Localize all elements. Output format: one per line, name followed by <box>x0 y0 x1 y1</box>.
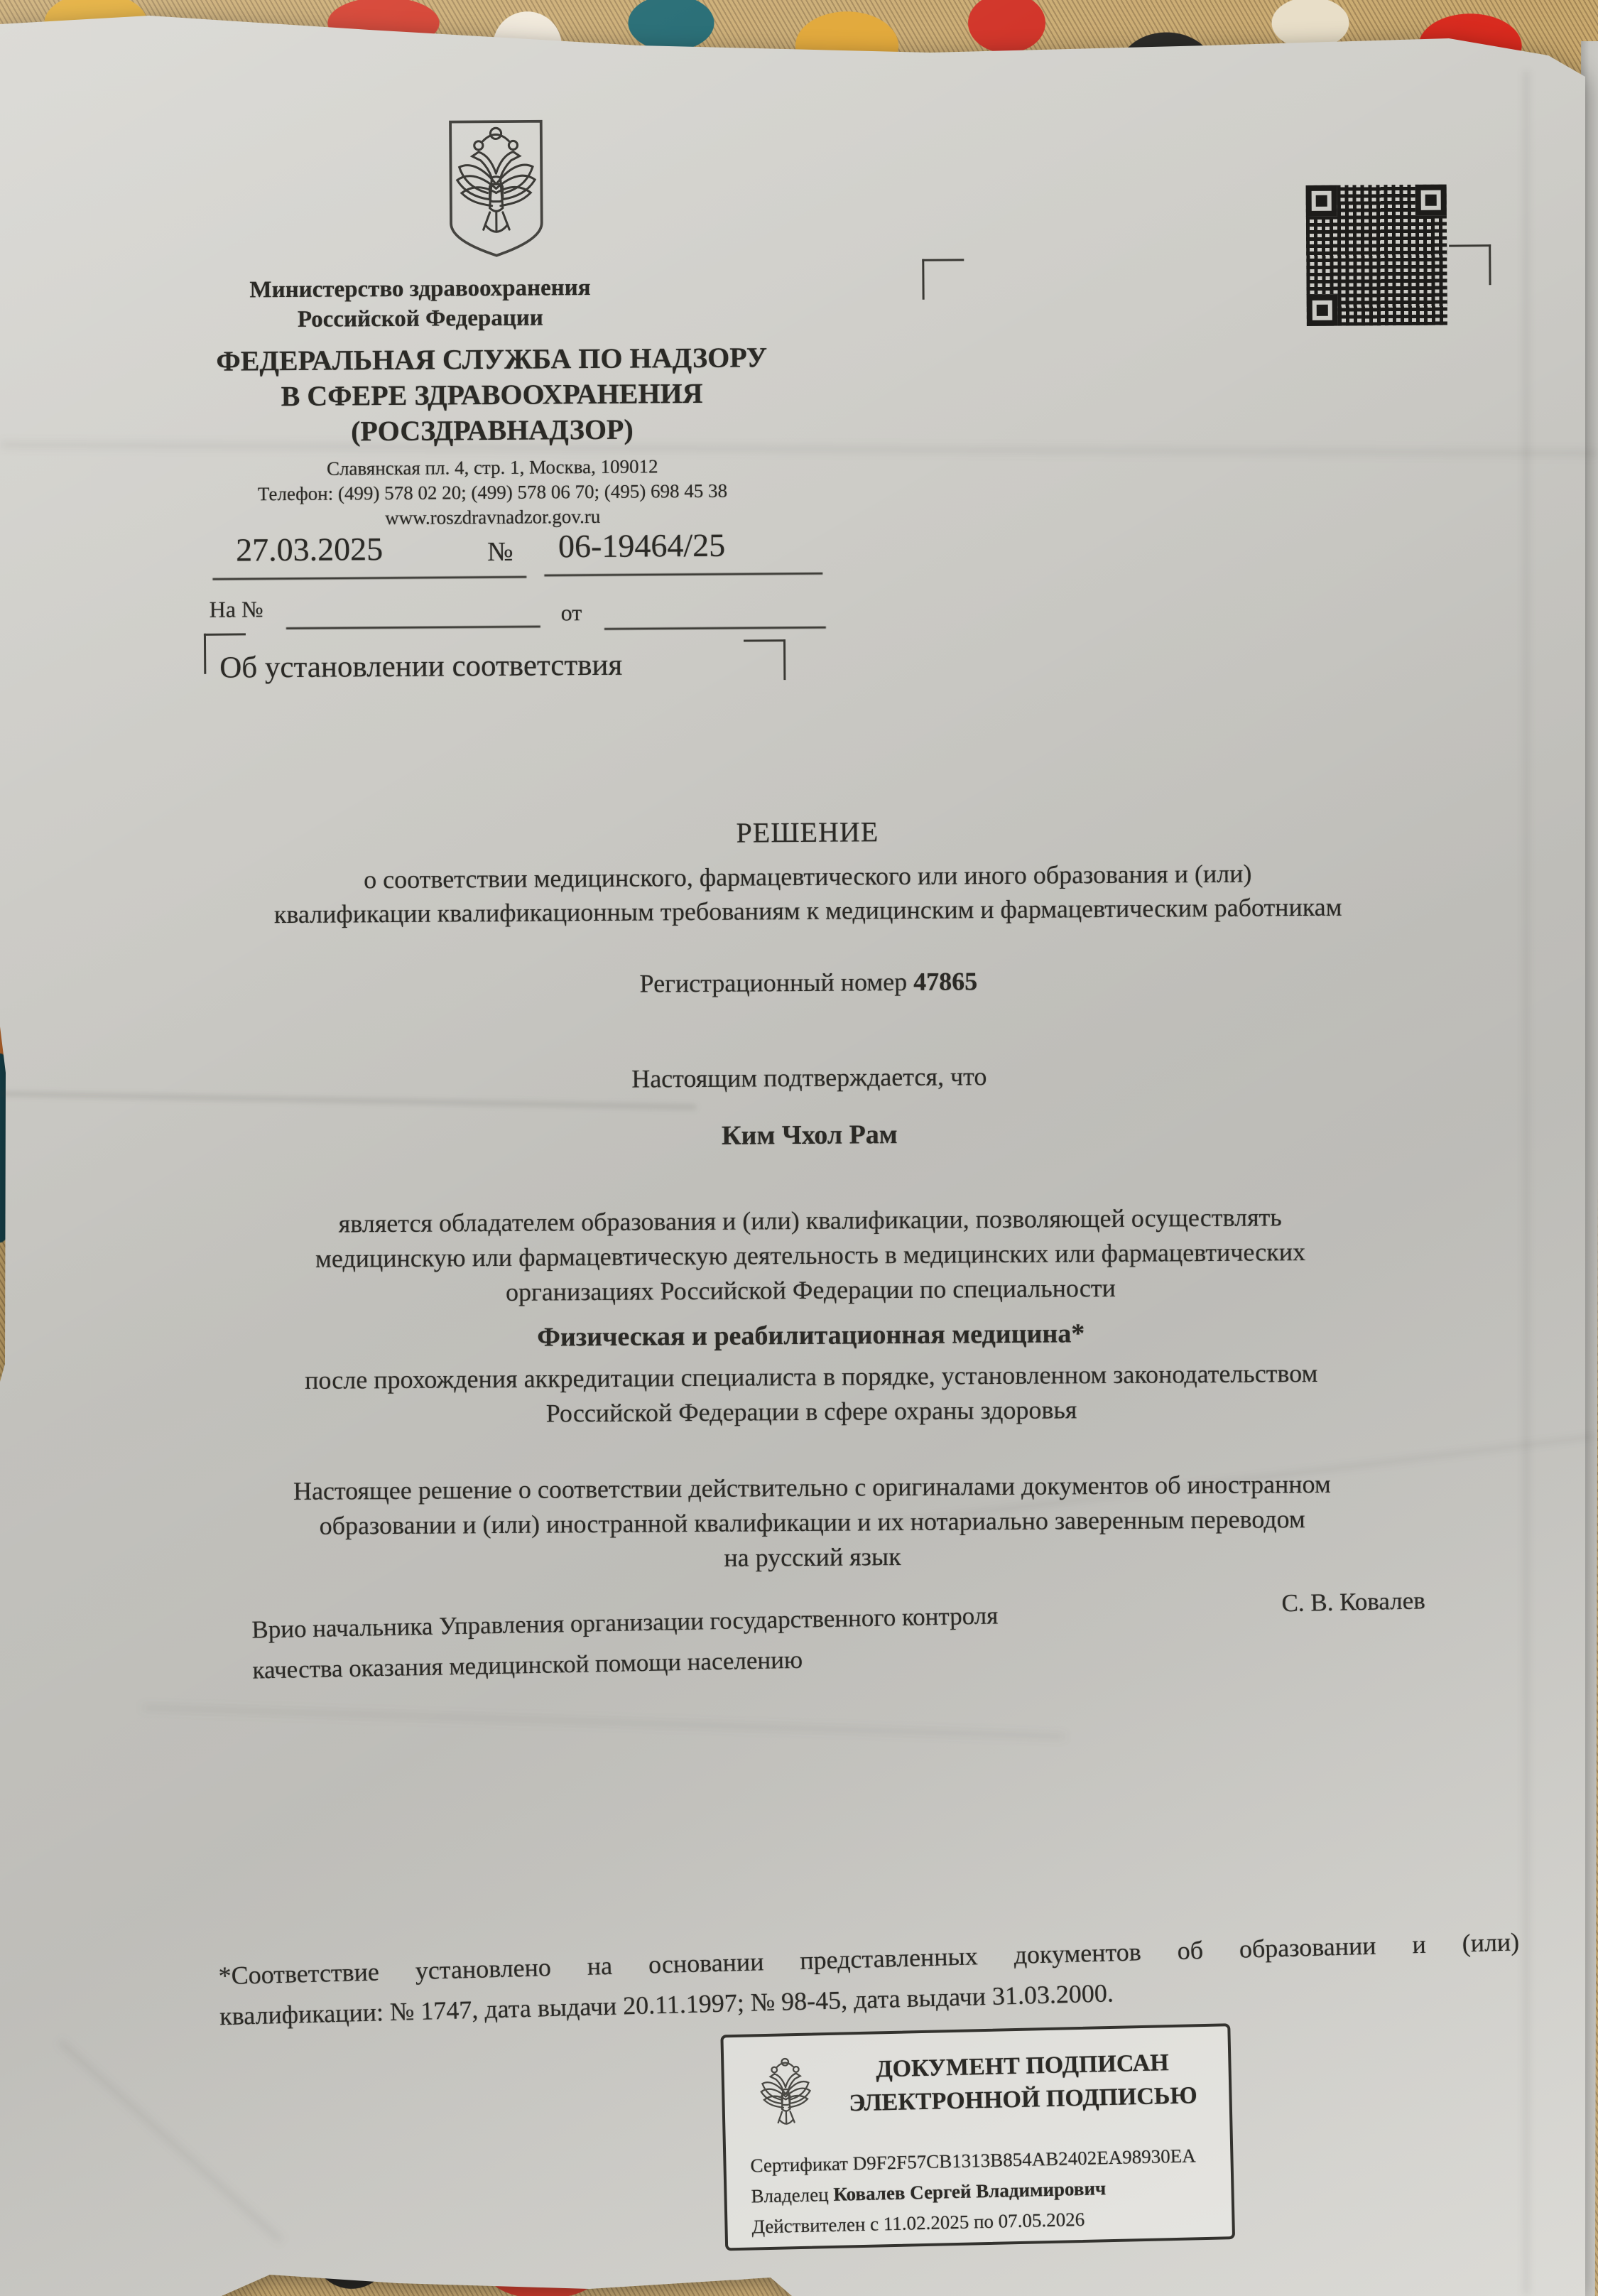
owner-value: Ковалев Сергей Владимирович <box>833 2177 1106 2205</box>
phone-line: Телефон: (499) 578 02 20; (499) 578 06 7… <box>173 478 812 507</box>
holder-paragraph: является обладателем образования и (или)… <box>79 1198 1543 1313</box>
qr-finder-icon <box>1306 185 1337 217</box>
stamp-validity-line: Действителен с 11.02.2025 по 07.05.2026 <box>751 2206 1221 2238</box>
stamp-title: ДОКУМЕНТ ПОДПИСАН ЭЛЕКТРОННОЙ ПОДПИСЬЮ <box>830 2045 1215 2121</box>
date-underline <box>212 576 526 580</box>
qr-code <box>1306 185 1447 326</box>
stamp-certificate-line: Сертификат D9F2F57CB1313B854AB2402EA9893… <box>750 2145 1219 2177</box>
number-sign: № <box>487 536 513 568</box>
accreditation-paragraph: после прохождения аккредитации специалис… <box>80 1355 1543 1434</box>
registration-number-line: Регистрационный номер 47865 <box>112 963 1504 1002</box>
addressee-corner-mark-right <box>1449 244 1491 285</box>
subject-corner-mark-right <box>744 639 786 680</box>
addressee-corner-mark-left <box>922 259 964 299</box>
resolution-subtitle: о соответствии медицинского, фармацевтич… <box>76 855 1540 933</box>
reply-number-underline <box>286 626 540 629</box>
validity-paragraph: Настоящее решение о соответствии действи… <box>94 1466 1530 1580</box>
document-date: 27.03.2025 <box>236 530 383 568</box>
from-date-label: от <box>561 600 582 626</box>
resolution-title: РЕШЕНИЕ <box>112 811 1504 854</box>
stamp-eagle-icon <box>749 2051 822 2143</box>
from-date-underline <box>604 627 826 630</box>
ministry-name: Министерство здравоохранения Российской … <box>100 272 740 336</box>
footnote: *Соответствие установлено на основании п… <box>218 1922 1521 2037</box>
stamp-owner-line: Владелец Ковалев Сергей Владимирович <box>751 2175 1220 2208</box>
qr-finder-icon <box>1415 185 1447 216</box>
document-content: Министерство здравоохранения Российской … <box>0 0 1598 2296</box>
signer-name: С. В. Ковалев <box>1281 1585 1509 1618</box>
number-underline <box>544 573 822 577</box>
subject-line: Об установлении соответствия <box>219 647 745 686</box>
reply-to-label: На № <box>210 596 263 623</box>
certificate-value: D9F2F57CB1313B854AB2402EA98930EA <box>852 2145 1196 2174</box>
russia-coat-of-arms-icon <box>442 114 550 265</box>
holder-name: Ким Чхол Рам <box>114 1115 1506 1156</box>
signer-position: Врио начальника Управления организации г… <box>251 1591 1205 1691</box>
registration-number-value: 47865 <box>913 967 977 996</box>
confirmation-line: Настоящим подтверждается, что <box>113 1058 1505 1098</box>
address-block: Славянская пл. 4, стр. 1, Москва, 109012… <box>173 453 812 532</box>
service-name: ФЕДЕРАЛЬНАЯ СЛУЖБА ПО НАДЗОРУ В СФЕРЕ ЗД… <box>172 340 812 450</box>
outgoing-number: 06-19464/25 <box>558 526 725 565</box>
qr-finder-icon <box>1307 295 1338 326</box>
certificate-label: Сертификат <box>750 2152 848 2176</box>
specialty-name: Физическая и реабилитационная медицина* <box>115 1315 1507 1356</box>
electronic-signature-stamp: ДОКУМЕНТ ПОДПИСАН ЭЛЕКТРОННОЙ ПОДПИСЬЮ С… <box>720 2023 1235 2251</box>
registration-number-label: Регистрационный номер <box>639 968 907 998</box>
owner-label: Владелец <box>751 2184 829 2206</box>
